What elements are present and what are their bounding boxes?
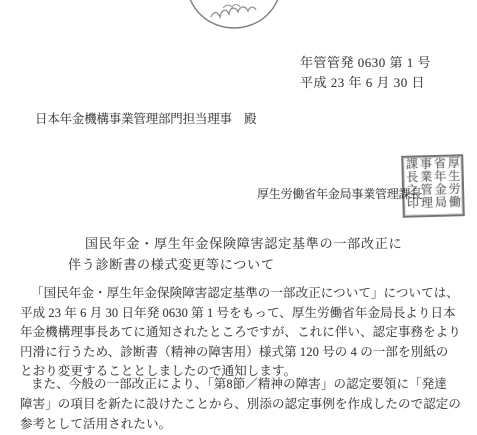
- receipt-stamp: [183, 0, 285, 31]
- body-line: 年金機構理事長あてに通知されたところですが、これに伴い、認定事務をより: [20, 323, 461, 343]
- document-date: 平成 23 年 6 月 30 日: [300, 73, 431, 93]
- document-title-line1: 国民年金・厚生年金保険障害認定基準の一部改正に: [68, 233, 402, 254]
- reference-block: 年管管発 0630 第 1 号 平成 23 年 6 月 30 日: [300, 53, 431, 93]
- body-line: 障害」の項目を新たに設けたことから、別添の認定事例を作成したので認定の: [20, 395, 461, 415]
- body-paragraph-1: 「国民年金・厚生年金保険障害認定基準の一部改正について」については、 平成 23…: [20, 284, 461, 382]
- body-line: 「国民年金・厚生年金保険障害認定基準の一部改正について」については、: [20, 284, 461, 304]
- stamp-scribble: [211, 7, 256, 17]
- official-seal-text: 厚生労働省年金局事業管理課長之印: [404, 156, 461, 215]
- sender: 厚生労働省年金局事業管理課長: [257, 185, 422, 202]
- body-line: 平成 23 年 6 月 30 日年発 0630 第 1 号をもって、厚生労働省年…: [20, 304, 461, 324]
- body-line: 参考として活用されたい。: [20, 415, 461, 435]
- body-paragraph-2: また、今般の一部改正により、「第8節／精神の障害」の認定要領に「発達 障害」の項…: [20, 375, 461, 434]
- reference-number: 年管管発 0630 第 1 号: [300, 53, 431, 73]
- addressee: 日本年金機構事業管理部門担当理事 殿: [35, 109, 256, 127]
- body-line: 円滑に行うため、診断書（精神の障害用）様式第 120 号の 4 の一部を別紙の: [20, 343, 461, 363]
- official-seal: 厚生労働省年金局事業管理課長之印: [401, 154, 465, 218]
- body-line: また、今般の一部改正により、「第8節／精神の障害」の認定要領に「発達: [20, 375, 461, 395]
- document-title: 国民年金・厚生年金保険障害認定基準の一部改正に 伴う診断書の様式変更等について: [68, 233, 402, 275]
- receipt-stamp-arc: [183, 0, 285, 31]
- scanned-letter-page: 年管管発 0630 第 1 号 平成 23 年 6 月 30 日 日本年金機構事…: [0, 0, 477, 435]
- document-title-line2: 伴う診断書の様式変更等について: [68, 254, 402, 275]
